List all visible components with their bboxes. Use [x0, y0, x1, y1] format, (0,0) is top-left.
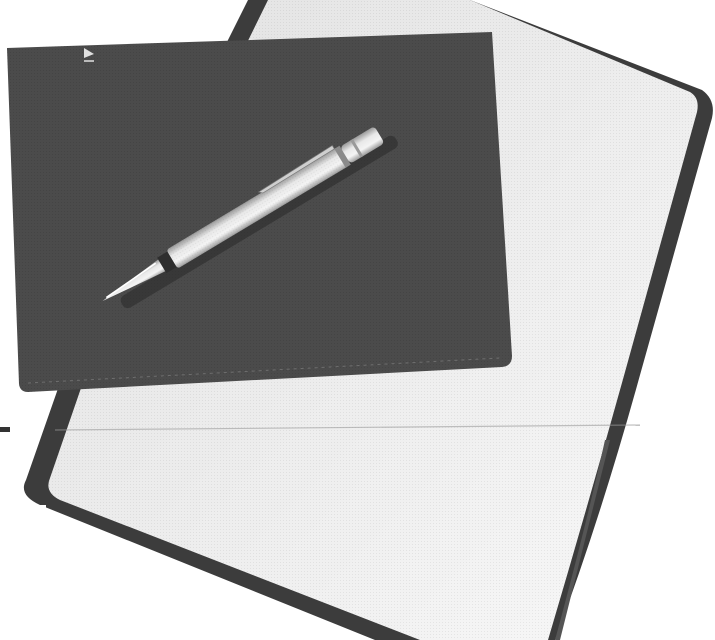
left-edge-mark: [0, 427, 10, 432]
photo-scene: [0, 0, 715, 640]
